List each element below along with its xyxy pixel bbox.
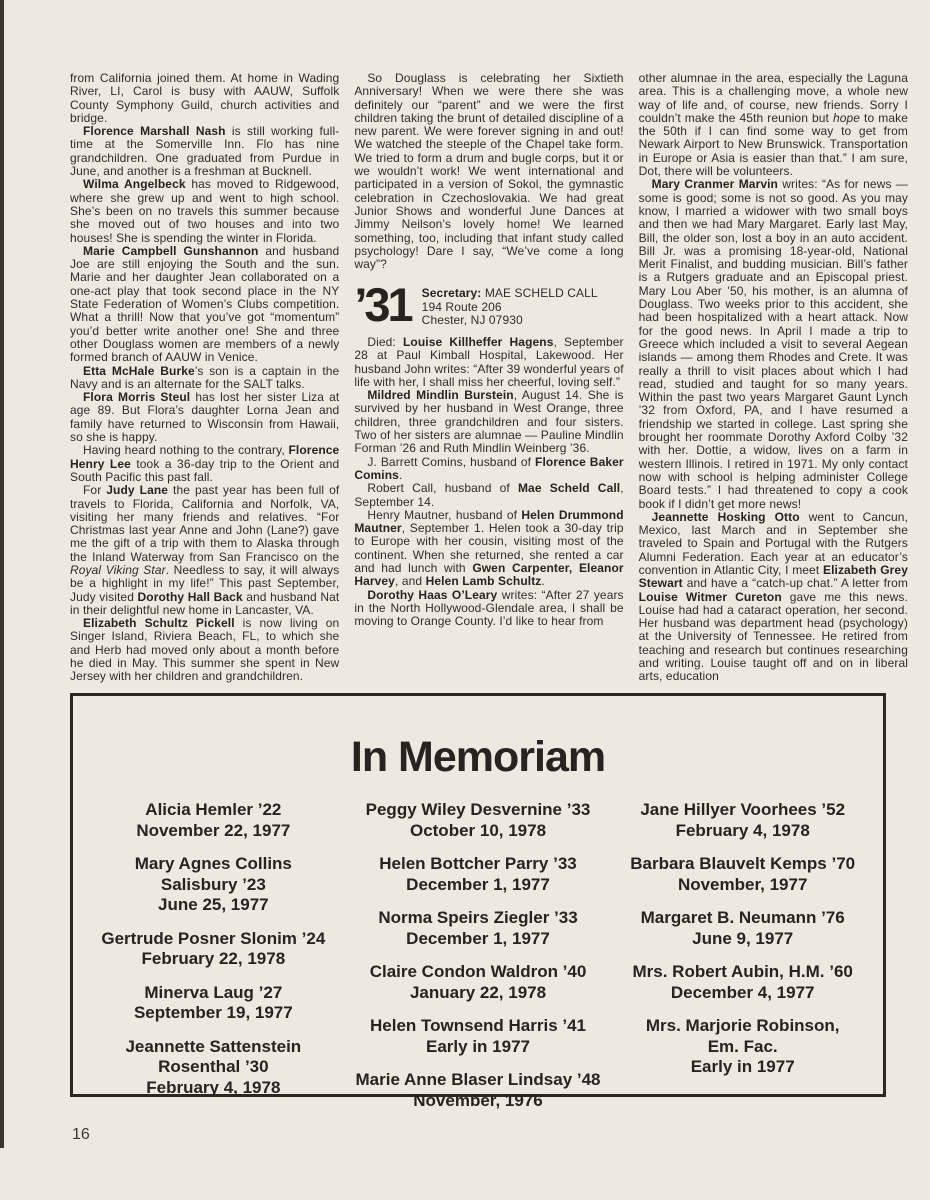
page-scan-edge	[0, 0, 4, 1148]
memoriam-entry: Minerva Laug ’27September 19, 1977	[81, 983, 346, 1024]
page-number: 16	[72, 1126, 90, 1144]
memoriam-name: Mrs. Robert Aubin, H.M. ’60	[610, 962, 875, 983]
memoriam-date: February 22, 1978	[81, 949, 346, 970]
memoriam-date: February 4, 1978	[610, 821, 875, 842]
text-column-1: from California joined them. At home in …	[70, 72, 339, 702]
class-secretary-info: Secretary: MAE SCHELD CALL194 Route 206C…	[422, 285, 598, 328]
secretary-line: Chester, NJ 07930	[422, 314, 598, 328]
memoriam-date: January 22, 1978	[346, 983, 611, 1004]
paragraph: Florence Marshall Nash is still working …	[70, 125, 339, 178]
memoriam-entry: Mrs. Marjorie Robinson,Em. Fac.Early in …	[610, 1016, 875, 1078]
paragraph: So Douglass is celebrating her Sixtieth …	[354, 72, 623, 271]
text-column-2: So Douglass is celebrating her Sixtieth …	[354, 72, 623, 702]
memoriam-entry: Helen Bottcher Parry ’33December 1, 1977	[346, 854, 611, 895]
memoriam-name: Margaret B. Neumann ’76	[610, 908, 875, 929]
paragraph: other alumnae in the area, especially th…	[639, 72, 908, 178]
memoriam-name: Salisbury ’23	[81, 875, 346, 896]
paragraph: from California joined them. At home in …	[70, 72, 339, 125]
memoriam-entry: Mary Agnes CollinsSalisbury ’23June 25, …	[81, 854, 346, 916]
memoriam-date: November 22, 1977	[81, 821, 346, 842]
memoriam-name: Minerva Laug ’27	[81, 983, 346, 1004]
memoriam-column-2: Peggy Wiley Desvernine ’33October 10, 19…	[346, 800, 611, 1124]
memoriam-entry: Marie Anne Blaser Lindsay ’48November, 1…	[346, 1070, 611, 1111]
memoriam-date: December 4, 1977	[610, 983, 875, 1004]
secretary-line: 194 Route 206	[422, 301, 598, 315]
paragraph: Etta McHale Burke’s son is a captain in …	[70, 365, 339, 392]
memoriam-name: Mary Agnes Collins	[81, 854, 346, 875]
paragraph: Elizabeth Schultz Pickell is now living …	[70, 617, 339, 683]
memoriam-entry: Jeannette SattensteinRosenthal ’30Februa…	[81, 1037, 346, 1099]
text-column-3: other alumnae in the area, especially th…	[639, 72, 908, 702]
paragraph: Dorothy Haas O’Leary writes: “After 27 y…	[354, 589, 623, 629]
paragraph: Flora Morris Steul has lost her sister L…	[70, 391, 339, 444]
paragraph: Robert Call, husband of Mae Scheld Call,…	[354, 482, 623, 509]
memoriam-name: Peggy Wiley Desvernine ’33	[346, 800, 611, 821]
in-memoriam-columns: Alicia Hemler ’22November 22, 1977Mary A…	[73, 800, 883, 1124]
memoriam-entry: Claire Condon Waldron ’40January 22, 197…	[346, 962, 611, 1003]
memoriam-date: November, 1977	[610, 875, 875, 896]
memoriam-name: Jeannette Sattenstein	[81, 1037, 346, 1058]
memoriam-name: Gertrude Posner Slonim ’24	[81, 929, 346, 950]
memoriam-name: Mrs. Marjorie Robinson,	[610, 1016, 875, 1037]
memoriam-column-1: Alicia Hemler ’22November 22, 1977Mary A…	[81, 800, 346, 1124]
class-section-header: ’31Secretary: MAE SCHELD CALL194 Route 2…	[354, 285, 623, 328]
class-year: ’31	[354, 285, 410, 325]
memoriam-entry: Gertrude Posner Slonim ’24February 22, 1…	[81, 929, 346, 970]
memoriam-name: Alicia Hemler ’22	[81, 800, 346, 821]
paragraph: Marie Campbell Gunshannon and husband Jo…	[70, 245, 339, 365]
memoriam-entry: Norma Speirs Ziegler ’33December 1, 1977	[346, 908, 611, 949]
memoriam-date: June 25, 1977	[81, 895, 346, 916]
paragraph: Henry Mautner, husband of Helen Drummond…	[354, 509, 623, 589]
memoriam-entry: Alicia Hemler ’22November 22, 1977	[81, 800, 346, 841]
paragraph: Mary Cranmer Marvin writes: “As for news…	[639, 178, 908, 510]
paragraph: For Judy Lane the past year has been ful…	[70, 484, 339, 617]
memoriam-date: December 1, 1977	[346, 875, 611, 896]
memoriam-date: February 4, 1978	[81, 1078, 346, 1099]
memoriam-name: Em. Fac.	[610, 1037, 875, 1058]
class-notes-article: from California joined them. At home in …	[70, 72, 908, 702]
memoriam-date: November, 1976	[346, 1091, 611, 1112]
memoriam-date: Early in 1977	[610, 1057, 875, 1078]
memoriam-name: Rosenthal ’30	[81, 1057, 346, 1078]
paragraph: Mildred Mindlin Burstein, August 14. She…	[354, 389, 623, 455]
in-memoriam-box: In Memoriam Alicia Hemler ’22November 22…	[70, 693, 886, 1097]
memoriam-name: Claire Condon Waldron ’40	[346, 962, 611, 983]
memoriam-entry: Peggy Wiley Desvernine ’33October 10, 19…	[346, 800, 611, 841]
memoriam-date: June 9, 1977	[610, 929, 875, 950]
memoriam-entry: Barbara Blauvelt Kemps ’70November, 1977	[610, 854, 875, 895]
memoriam-date: December 1, 1977	[346, 929, 611, 950]
paragraph: J. Barrett Comins, husband of Florence B…	[354, 456, 623, 483]
memoriam-date: October 10, 1978	[346, 821, 611, 842]
memoriam-column-3: Jane Hillyer Voorhees ’52February 4, 197…	[610, 800, 875, 1124]
memoriam-date: Early in 1977	[346, 1037, 611, 1058]
memoriam-name: Jane Hillyer Voorhees ’52	[610, 800, 875, 821]
memoriam-entry: Jane Hillyer Voorhees ’52February 4, 197…	[610, 800, 875, 841]
memoriam-entry: Mrs. Robert Aubin, H.M. ’60December 4, 1…	[610, 962, 875, 1003]
memoriam-name: Helen Bottcher Parry ’33	[346, 854, 611, 875]
paragraph: Jeannette Hosking Otto went to Cancun, M…	[639, 511, 908, 684]
memoriam-date: September 19, 1977	[81, 1003, 346, 1024]
memoriam-name: Barbara Blauvelt Kemps ’70	[610, 854, 875, 875]
paragraph: Died: Louise Killheffer Hagens, Septembe…	[354, 336, 623, 389]
secretary-line: Secretary: MAE SCHELD CALL	[422, 287, 598, 301]
memoriam-name: Marie Anne Blaser Lindsay ’48	[346, 1070, 611, 1091]
memoriam-name: Helen Townsend Harris ’41	[346, 1016, 611, 1037]
in-memoriam-title: In Memoriam	[73, 734, 883, 780]
memoriam-name: Norma Speirs Ziegler ’33	[346, 908, 611, 929]
magazine-page: from California joined them. At home in …	[0, 0, 930, 1200]
paragraph: Wilma Angelbeck has moved to Ridgewood, …	[70, 178, 339, 244]
memoriam-entry: Margaret B. Neumann ’76June 9, 1977	[610, 908, 875, 949]
paragraph: Having heard nothing to the contrary, Fl…	[70, 444, 339, 484]
memoriam-entry: Helen Townsend Harris ’41Early in 1977	[346, 1016, 611, 1057]
